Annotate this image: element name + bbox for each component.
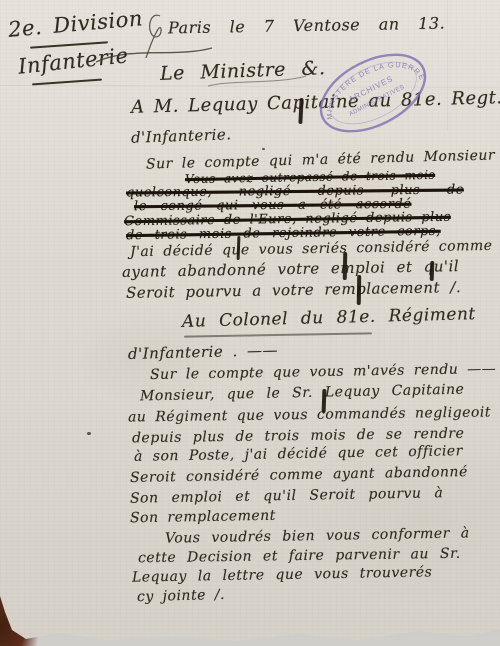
manuscript-line: à son Poste, j'ai décidé que cet officie…: [134, 443, 463, 465]
margin-arm-note: Infanterie: [17, 43, 130, 78]
manuscript-line: Lequay la lettre que vous trouverés: [132, 564, 433, 585]
manuscript-line: Seroit considéré comme ayant abandonné: [130, 464, 468, 486]
ink-speck: [262, 148, 265, 150]
address2-unit: d'Infanterie . ——: [128, 341, 278, 363]
paper-sheet: 2e. Division Infanterie Paris le 7 Vento…: [0, 0, 500, 646]
dateline: Paris le 7 Ventose an 13.: [168, 14, 445, 38]
ink-blot-stroke: [357, 275, 362, 305]
manuscript-line: Monsieur, que le Sr. Lequay Capitaine: [140, 382, 465, 405]
ink-speck: [87, 432, 91, 435]
manuscript-line: Vous voudrés bien vous conformer à: [165, 525, 470, 546]
archive-stamp: MINISTERE DE LA GUERRE ARCHIVES ADMINIST…: [302, 32, 444, 153]
manuscript-line: ayant abandonné votre emploi et qu'il: [122, 257, 459, 281]
manuscript-line: Seroit pourvu a votre remplacement /.: [126, 278, 461, 302]
ink-blot-stroke: [343, 252, 347, 280]
address2-underline: [184, 332, 372, 337]
minister-line: Le Ministre &.: [160, 57, 326, 85]
ink-blot-stroke: [298, 98, 303, 124]
manuscript-line: Son emploi et qu'il Seroit pourvu à: [130, 485, 444, 506]
address2-to: Au Colonel du 81e. Régiment: [182, 304, 476, 332]
ink-blot-stroke: [322, 389, 327, 413]
manuscript-line: Sur le compte qui m'a été rendu Monsieur: [146, 147, 495, 172]
manuscript-line: au Régiment que vous commandés negligeoi…: [128, 404, 491, 425]
fold-crease-vertical: [447, 0, 448, 130]
margin-division-note: 2e. Division: [7, 6, 144, 42]
ink-blot-stroke: [430, 261, 435, 281]
manuscript-line: cette Decision et faire parvenir au Sr.: [138, 546, 461, 567]
address1-unit: d'Infanterie.: [131, 125, 232, 146]
scanned-letter: 2e. Division Infanterie Paris le 7 Vento…: [0, 0, 500, 646]
manuscript-line: Sur le compte que vous m'avés rendu ——: [150, 361, 496, 383]
manuscript-line: Son remplacement: [130, 508, 276, 527]
margin-arm-underline: [32, 79, 102, 85]
manuscript-line: cy jointe /.: [137, 587, 225, 605]
